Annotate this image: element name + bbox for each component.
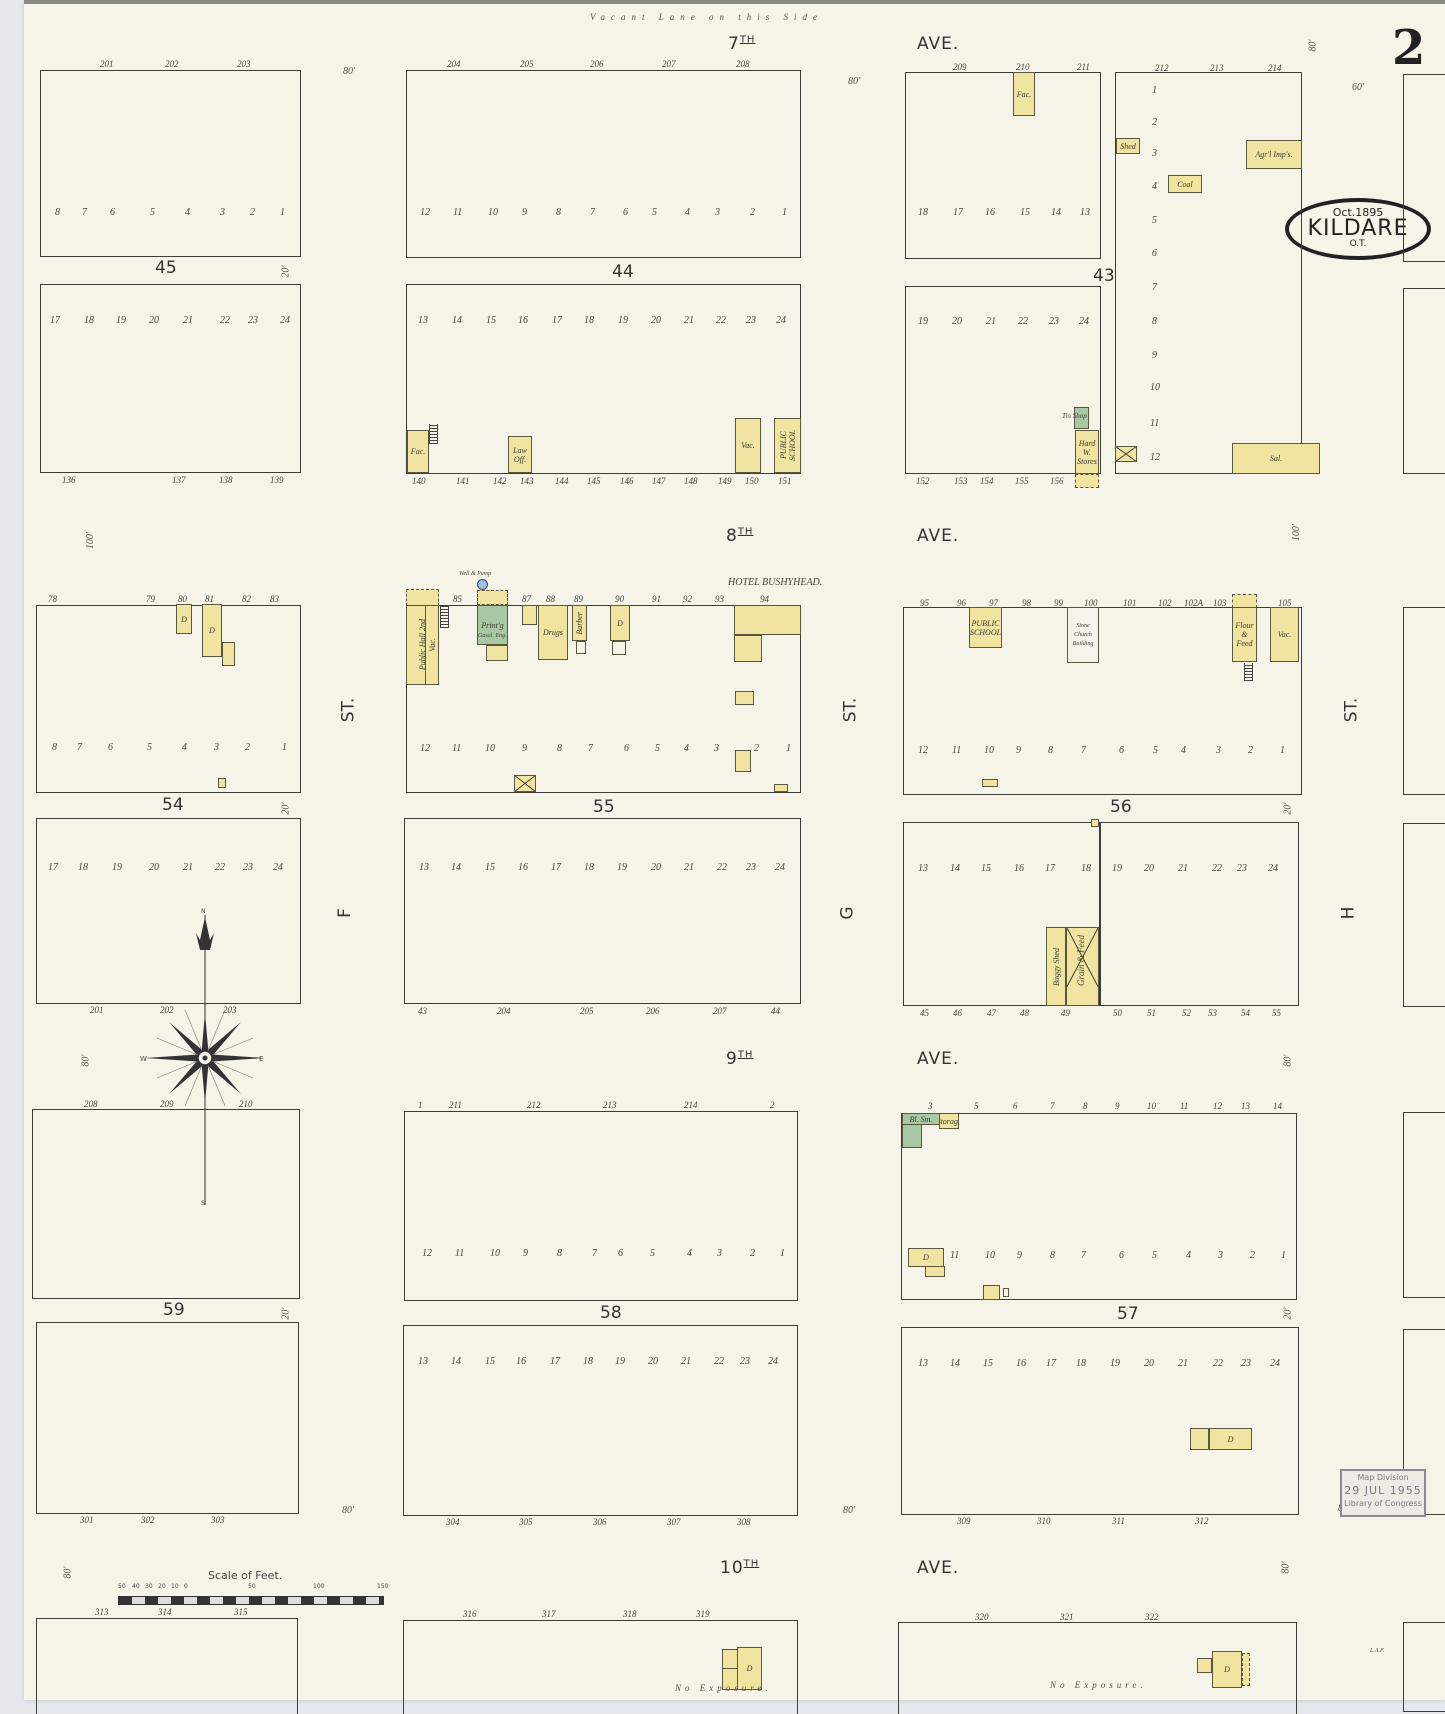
lot-number: 15 <box>485 1356 495 1367</box>
address-number: 50 <box>1113 1008 1122 1018</box>
block-59-north[interactable] <box>32 1109 300 1299</box>
building-annex[interactable] <box>477 590 508 605</box>
lot-number: 9 <box>523 1248 528 1259</box>
lot-number: 11 <box>950 1250 959 1261</box>
lot-number: 20 <box>149 862 159 873</box>
lot-number: 23 <box>746 315 756 326</box>
lot-number: 10 <box>984 745 994 756</box>
lot-number: 19 <box>618 315 628 326</box>
building-barber[interactable]: Barber <box>572 605 587 641</box>
building-hotel-wing[interactable] <box>734 635 762 662</box>
address-number: 318 <box>623 1609 637 1619</box>
building-vacant[interactable]: Vac. <box>735 418 761 473</box>
lot-number: 19 <box>1112 863 1122 874</box>
lot-number: 1 <box>1280 745 1285 756</box>
building-rear[interactable] <box>612 641 626 655</box>
building-vacant[interactable]: Vac. <box>425 605 439 685</box>
address-number: 95 <box>920 598 929 608</box>
sheet-number: 2 <box>1392 20 1425 76</box>
address-number: 43 <box>418 1006 427 1016</box>
lot-number: 24 <box>776 315 786 326</box>
lot-number: 9 <box>522 207 527 218</box>
address-number: 143 <box>520 476 534 486</box>
block-57-south[interactable] <box>901 1327 1299 1515</box>
width-label: 60' <box>1352 82 1364 93</box>
lot-number: 15 <box>1020 207 1030 218</box>
lot-number: 23 <box>248 315 258 326</box>
width-label: 80' <box>848 76 860 87</box>
lot-number: 4 <box>687 1248 692 1259</box>
address-number: 313 <box>95 1607 109 1617</box>
address-number: 99 <box>1054 598 1063 608</box>
lot-number: 14 <box>1051 207 1061 218</box>
lot-number: 20 <box>952 316 962 327</box>
block-bottom-left[interactable] <box>36 1618 298 1714</box>
building-dwelling[interactable]: D <box>1212 1651 1242 1688</box>
address-number: 153 <box>954 476 968 486</box>
lot-number: 1 <box>786 743 791 754</box>
scale-tick: 50 <box>118 1583 126 1590</box>
lot-number: 24 <box>775 862 785 873</box>
address-number: 2 <box>770 1100 775 1110</box>
lot-number: 18 <box>1076 1358 1086 1369</box>
block-43-sw[interactable] <box>905 286 1101 474</box>
building-storage[interactable]: Storage <box>939 1113 959 1129</box>
svg-text:N: N <box>201 908 206 915</box>
lot-number: 4 <box>1186 1250 1191 1261</box>
block-56-south[interactable] <box>903 822 1299 1006</box>
block-44-north[interactable] <box>406 70 801 258</box>
well-pump-label: Well & Pump <box>459 571 491 577</box>
lot-number: 18 <box>918 207 928 218</box>
building-blacksmith-front[interactable]: Bl. Sm. <box>902 1113 940 1125</box>
address-number: 46 <box>953 1008 962 1018</box>
lot-number: 11 <box>452 743 461 754</box>
lot-number: 19 <box>617 862 627 873</box>
lot-number: 18 <box>84 315 94 326</box>
building-dwelling[interactable]: D <box>908 1248 944 1267</box>
address-number: 1 <box>418 1100 423 1110</box>
street-8th-ave: 8TH <box>726 526 753 546</box>
address-number: 203 <box>237 59 251 69</box>
building-hotel-bushyhead[interactable] <box>734 605 801 635</box>
lot-number: 13 <box>918 1358 928 1369</box>
address-number: 147 <box>652 476 666 486</box>
block-58-south[interactable] <box>403 1325 798 1516</box>
lot-number: 13 <box>918 863 928 874</box>
lot-number: 17 <box>1046 1358 1056 1369</box>
address-number: 44 <box>771 1006 780 1016</box>
lot-number: 3 <box>714 743 719 754</box>
stairs-icon <box>1244 663 1253 681</box>
block-number: 56 <box>1110 797 1132 817</box>
lot-number: 24 <box>1268 863 1278 874</box>
address-number: 306 <box>593 1517 607 1527</box>
building-rear[interactable] <box>576 641 586 654</box>
building-dwelling-wing[interactable] <box>1197 1658 1212 1673</box>
address-number: 146 <box>620 476 634 486</box>
address-number: 322 <box>1145 1612 1159 1622</box>
lot-number: 15 <box>981 863 991 874</box>
no-exposure-note: No Exposure. <box>675 1683 772 1693</box>
address-number: 154 <box>980 476 994 486</box>
lot-number: 22 <box>220 315 230 326</box>
lot-number: 12 <box>1150 452 1160 463</box>
building-vacant-x[interactable] <box>1115 446 1137 462</box>
lot-number: 1 <box>282 742 287 753</box>
address-number: 141 <box>456 476 470 486</box>
building-buggy-shed[interactable]: Buggy Shed <box>1046 927 1066 1006</box>
hotel-label: HOTEL BUSHYHEAD. <box>728 578 798 588</box>
address-number: 206 <box>590 59 604 69</box>
address-number: 201 <box>100 59 114 69</box>
lot-number: 17 <box>552 315 562 326</box>
block-number: 55 <box>593 797 615 817</box>
address-number: 10 <box>1147 1101 1156 1111</box>
building-shed[interactable]: Shed <box>1116 138 1140 154</box>
lot-number: 14 <box>950 863 960 874</box>
gasoline-engine-label: Gasol. Eng. <box>478 633 507 639</box>
lot-number: 7 <box>590 207 595 218</box>
lot-number: 3 <box>1216 745 1221 756</box>
lot-number: 4 <box>1152 181 1157 192</box>
address-number: 211 <box>1077 62 1090 72</box>
building-outbuilding[interactable] <box>983 1285 1000 1300</box>
building-hardware-stores[interactable]: Hard W. Stores <box>1075 430 1099 474</box>
block-number: 57 <box>1117 1304 1139 1324</box>
building-outbuilding[interactable] <box>735 750 751 772</box>
scale-tick: 30 <box>145 1583 153 1590</box>
lot-number: 16 <box>518 862 528 873</box>
address-number: 208 <box>84 1099 98 1109</box>
address-number: 207 <box>713 1006 727 1016</box>
width-label: 80' <box>1281 1561 1292 1573</box>
building-porch[interactable] <box>1242 1653 1250 1686</box>
lot-number: 3 <box>220 207 225 218</box>
lot-number: 13 <box>1080 207 1090 218</box>
address-number: 47 <box>987 1008 996 1018</box>
address-number: 312 <box>1195 1516 1209 1526</box>
block-number: 43 <box>1093 266 1115 286</box>
svg-text:W: W <box>140 1055 147 1063</box>
address-number: 103 <box>1213 598 1227 608</box>
address-number: 8 <box>1083 1101 1088 1111</box>
address-number: 308 <box>737 1517 751 1527</box>
address-number: 9 <box>1115 1101 1120 1111</box>
building-dwelling[interactable]: D <box>176 604 192 634</box>
block-58-north[interactable] <box>404 1111 798 1301</box>
address-number: 214 <box>1268 63 1282 73</box>
street-8th-ave-label: AVE. <box>917 526 959 546</box>
block-number: 54 <box>162 795 184 815</box>
lot-number: 23 <box>740 1356 750 1367</box>
lot-number: 23 <box>1241 1358 1251 1369</box>
lot-number: 19 <box>116 315 126 326</box>
address-number: 151 <box>778 476 792 486</box>
address-number: 14 <box>1273 1101 1282 1111</box>
address-number: 88 <box>546 594 555 604</box>
lot-number: 24 <box>768 1356 778 1367</box>
lot-number: 3 <box>214 742 219 753</box>
lot-number: 8 <box>1050 1250 1055 1261</box>
lot-number: 1 <box>1152 85 1157 96</box>
block-edge-right <box>1403 74 1445 262</box>
building-rear[interactable] <box>486 645 508 661</box>
block-number: 58 <box>600 1303 622 1323</box>
lot-number: 20 <box>149 315 159 326</box>
lot-number: 22 <box>1212 863 1222 874</box>
lot-number: 1 <box>1281 1250 1286 1261</box>
address-number: 316 <box>463 1609 477 1619</box>
lot-number: 17 <box>953 207 963 218</box>
lot-number: 22 <box>1213 1358 1223 1369</box>
scale-tick: 0 <box>184 1583 188 1590</box>
lot-number: 5 <box>1152 1250 1157 1261</box>
lot-number: 21 <box>684 862 694 873</box>
lot-number: 19 <box>1110 1358 1120 1369</box>
block-43-east[interactable] <box>1115 72 1302 474</box>
lot-number: 11 <box>1150 418 1159 429</box>
block-edge-right <box>1403 288 1445 474</box>
address-number: 144 <box>555 476 569 486</box>
building-agricultural-implements[interactable]: Agr'l Imp's. <box>1246 140 1302 169</box>
lot-number: 10 <box>985 1250 995 1261</box>
scale-bar-graphic <box>118 1596 384 1605</box>
building-dwelling-front[interactable] <box>722 1649 738 1669</box>
lot-number: 4 <box>185 207 190 218</box>
building-outhouse[interactable] <box>982 779 998 787</box>
building-dwelling-wing[interactable] <box>925 1266 945 1277</box>
building-law-office[interactable]: Law Off. <box>508 436 532 473</box>
building-dwelling[interactable]: D <box>202 604 222 657</box>
lot-number: 5 <box>147 742 152 753</box>
address-number: 321 <box>1060 1612 1074 1622</box>
lot-number: 1 <box>780 1248 785 1259</box>
lot-number: 13 <box>418 315 428 326</box>
building-dwelling[interactable]: D <box>1209 1428 1252 1450</box>
lot-number: 17 <box>551 862 561 873</box>
lot-number: 15 <box>983 1358 993 1369</box>
lot-number: 18 <box>78 862 88 873</box>
width-label: 80' <box>81 1054 92 1066</box>
street-h-st-label: ST. <box>1341 698 1361 723</box>
building-annex[interactable] <box>406 589 439 606</box>
building-dwelling-wing[interactable] <box>222 642 235 666</box>
building-annex[interactable] <box>1232 594 1257 608</box>
lot-number: 20 <box>648 1356 658 1367</box>
lot-number: 2 <box>250 207 255 218</box>
width-label: 80' <box>1308 39 1319 51</box>
lot-number: 18 <box>584 315 594 326</box>
building-coal[interactable]: Coal <box>1168 175 1202 193</box>
building-small-shop[interactable] <box>522 605 537 625</box>
address-number: 89 <box>574 594 583 604</box>
address-number: 82 <box>242 594 251 604</box>
address-number: 204 <box>497 1006 511 1016</box>
block-43-nw[interactable] <box>905 72 1101 259</box>
lot-number: 4 <box>1181 745 1186 756</box>
block-edge-right <box>1403 1112 1445 1298</box>
building-outbuilding[interactable] <box>735 691 754 705</box>
lot-number: 14 <box>451 1356 461 1367</box>
lot-number: 10 <box>490 1248 500 1259</box>
address-number: 212 <box>1155 63 1169 73</box>
lot-number: 7 <box>82 207 87 218</box>
address-number: 12 <box>1213 1101 1222 1111</box>
street-7th-ave: 7TH <box>728 34 755 54</box>
lot-number: 17 <box>50 315 60 326</box>
building-factory[interactable]: Fac. <box>407 430 429 473</box>
lot-number: 11 <box>952 745 961 756</box>
lot-number: 21 <box>986 316 996 327</box>
lot-number: 17 <box>550 1356 560 1367</box>
lot-number: 7 <box>588 743 593 754</box>
address-number: 102A <box>1184 598 1203 608</box>
lot-number: 21 <box>1178 863 1188 874</box>
lot-number: 3 <box>1218 1250 1223 1261</box>
svg-text:E: E <box>259 1055 263 1063</box>
block-edge-right <box>1403 823 1445 1007</box>
lot-number: 24 <box>280 315 290 326</box>
address-number: 138 <box>219 475 233 485</box>
lot-number: 16 <box>518 315 528 326</box>
lot-number: 2 <box>245 742 250 753</box>
block-number: 44 <box>612 262 634 282</box>
address-number: 209 <box>953 62 967 72</box>
lot-number: 11 <box>455 1248 464 1259</box>
block-57-north[interactable] <box>901 1113 1297 1300</box>
lot-number: 20 <box>1144 863 1154 874</box>
address-number: 205 <box>580 1006 594 1016</box>
lot-number: 12 <box>420 743 430 754</box>
tin-shop-label: Tin Shop <box>1062 412 1087 420</box>
building-public-school[interactable]: PUBLIC SCHOOL <box>969 607 1002 648</box>
lot-divider <box>1099 822 1101 1006</box>
lot-number: 22 <box>714 1356 724 1367</box>
block-45-north[interactable] <box>40 70 301 257</box>
street-f-st-label: ST. <box>338 698 358 723</box>
address-number: 302 <box>141 1515 155 1525</box>
building-outhouse[interactable] <box>1091 819 1099 827</box>
address-number: 5 <box>974 1101 979 1111</box>
building-privy[interactable] <box>1003 1288 1009 1297</box>
address-number: 213 <box>603 1100 617 1110</box>
building-annex[interactable] <box>1075 474 1099 488</box>
street-h-st: H <box>1338 907 1358 920</box>
lot-number: 8 <box>557 1248 562 1259</box>
lot-number: 12 <box>422 1248 432 1259</box>
lot-number: 10 <box>485 743 495 754</box>
building-printing[interactable]: Print'g <box>477 605 508 645</box>
address-number: 145 <box>587 476 601 486</box>
lot-number: 20 <box>1144 1358 1154 1369</box>
building-outbuilding[interactable] <box>774 784 788 792</box>
address-number: 7 <box>1050 1101 1055 1111</box>
building-stone-church[interactable]: Stone Church Building <box>1067 607 1099 663</box>
width-label: 80' <box>343 66 355 77</box>
address-number: 311 <box>1112 1516 1125 1526</box>
building-factory[interactable]: Fac. <box>1013 72 1035 116</box>
block-45-south[interactable] <box>40 284 301 473</box>
width-label: 80' <box>63 1566 74 1578</box>
address-number: 52 <box>1182 1008 1191 1018</box>
building-vacant-x[interactable] <box>514 775 536 792</box>
lot-number: 19 <box>918 316 928 327</box>
address-number: 319 <box>696 1609 710 1619</box>
address-number: 55 <box>1272 1008 1281 1018</box>
lot-number: 16 <box>1014 863 1024 874</box>
address-number: 209 <box>160 1099 174 1109</box>
building-public-school[interactable]: PUBLIC SCHOOL <box>774 418 801 473</box>
lot-number: 17 <box>1045 863 1055 874</box>
street-9th-ave: 9TH <box>726 1049 753 1069</box>
lot-number: 8 <box>556 207 561 218</box>
address-number: 11 <box>1180 1101 1188 1111</box>
width-label: 20' <box>1283 1307 1294 1319</box>
lot-number: 9 <box>1016 745 1021 756</box>
width-label: 20' <box>281 802 292 814</box>
address-number: 156 <box>1050 476 1064 486</box>
lot-number: 13 <box>418 1356 428 1367</box>
lot-number: 3 <box>715 207 720 218</box>
lot-number: 16 <box>516 1356 526 1367</box>
address-number: 206 <box>646 1006 660 1016</box>
block-55-south[interactable] <box>404 818 801 1004</box>
scale-tick: 20 <box>158 1583 166 1590</box>
block-59-south[interactable] <box>36 1322 299 1514</box>
lot-number: 7 <box>592 1248 597 1259</box>
building-vacant[interactable]: Vac. <box>1270 607 1299 662</box>
building-flour-feed[interactable]: Flour & Feed <box>1232 607 1257 662</box>
address-number: 204 <box>447 59 461 69</box>
width-label: 80' <box>843 1505 855 1516</box>
width-label: 20' <box>281 265 292 277</box>
lot-number: 6 <box>623 207 628 218</box>
lot-number: 6 <box>1152 248 1157 259</box>
building-drugs[interactable]: Drugs <box>538 605 568 660</box>
lot-number: 21 <box>183 862 193 873</box>
lot-number: 5 <box>652 207 657 218</box>
building-dwelling[interactable]: D <box>610 605 630 641</box>
lot-number: 18 <box>1081 863 1091 874</box>
lot-number: 24 <box>1270 1358 1280 1369</box>
lot-number: 7 <box>77 742 82 753</box>
building-small-wing[interactable] <box>1190 1428 1209 1450</box>
lot-number: 23 <box>746 862 756 873</box>
lot-number: 24 <box>1079 316 1089 327</box>
address-number: 317 <box>542 1609 556 1619</box>
building-saloon[interactable]: Sal. <box>1232 443 1320 474</box>
lot-number: 23 <box>1237 863 1247 874</box>
building-outhouse[interactable] <box>218 778 226 788</box>
lot-number: 23 <box>1049 316 1059 327</box>
address-number: 214 <box>684 1100 698 1110</box>
block-edge-right <box>1403 1622 1445 1712</box>
lot-number: 6 <box>1119 745 1124 756</box>
address-number: 45 <box>920 1008 929 1018</box>
lot-number: 7 <box>1081 1250 1086 1261</box>
address-number: 6 <box>1013 1101 1018 1111</box>
scale-tick: 50 <box>248 1583 256 1590</box>
block-54-north[interactable] <box>36 605 301 793</box>
lot-number: 8 <box>1048 745 1053 756</box>
library-stamp: Map Division 29 JUL 1955 Library of Cong… <box>1340 1469 1426 1517</box>
lot-number: 17 <box>48 862 58 873</box>
lot-number: 2 <box>1248 745 1253 756</box>
lot-number: 21 <box>681 1356 691 1367</box>
lot-number: 6 <box>624 743 629 754</box>
address-number: 3 <box>928 1101 933 1111</box>
